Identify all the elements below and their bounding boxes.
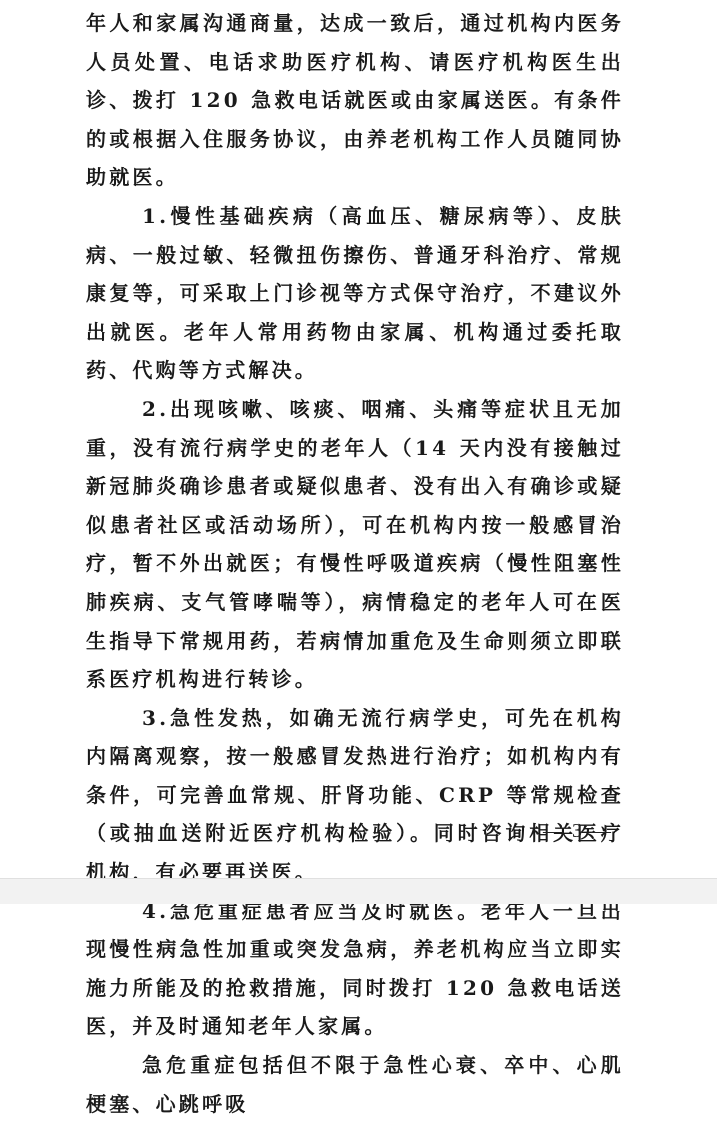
- page-number: — 3 —: [538, 820, 618, 843]
- document-body: 年人和家属沟通商量，达成一致后，通过机构内医务人员处置、电话求助医疗机构、请医疗…: [86, 4, 624, 903]
- viewer-bottom-bar: [0, 878, 717, 903]
- paragraph-continuation: 年人和家属沟通商量，达成一致后，通过机构内医务人员处置、电话求助医疗机构、请医疗…: [86, 4, 624, 197]
- paragraph-item-1: 1.慢性基础疾病（高血压、糖尿病等）、皮肤病、一般过敏、轻微扭伤擦伤、普通牙科治…: [86, 197, 624, 390]
- paragraph-item-3: 3.急性发热，如确无流行病学史，可先在机构内隔离观察，按一般感冒发热进行治疗；如…: [86, 699, 624, 892]
- paragraph-item-2: 2.出现咳嗽、咳痰、咽痛、头痛等症状且无加重，没有流行病学史的老年人（14 天内…: [86, 390, 624, 699]
- document-page: 年人和家属沟通商量，达成一致后，通过机构内医务人员处置、电话求助医疗机构、请医疗…: [0, 0, 717, 878]
